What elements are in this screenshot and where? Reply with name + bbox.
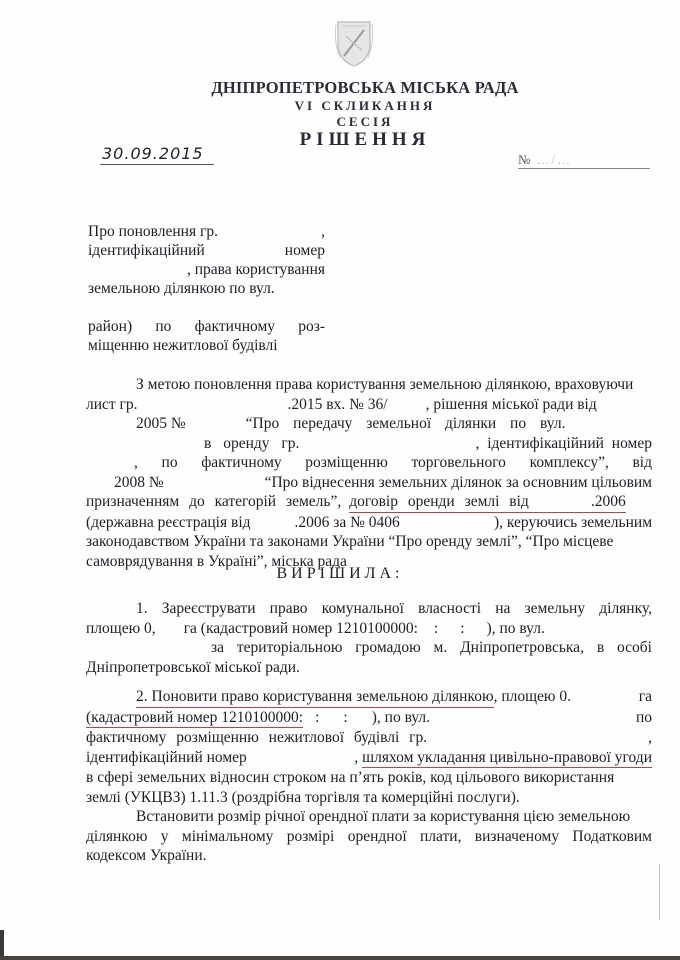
subject-line: земельною ділянкою по вул.	[88, 279, 325, 298]
decision-subject: Про поновлення гр., ідентифікаційнийноме…	[88, 222, 325, 355]
text-fragment: 2008 №	[114, 473, 164, 493]
preamble: З метою поновлення права користування зе…	[86, 375, 652, 571]
text-fragment: :	[460, 619, 464, 639]
text-line: ділянкою у мінімальному розмірі орендної…	[86, 827, 652, 847]
text-fragment: по	[636, 708, 652, 729]
text-line: кодексом України.	[86, 846, 652, 866]
text-fragment: ідентифікаційний номер	[86, 748, 247, 769]
subject-line: Про поновлення гр.	[88, 222, 218, 241]
document-type: РІШЕННЯ	[165, 129, 565, 151]
text-fragment: ), керуючись земельним	[494, 513, 652, 533]
text-fragment: га (кадастровий номер 1210100000:	[184, 619, 418, 639]
number-label: №	[518, 152, 530, 167]
text-fragment: ,	[354, 748, 358, 769]
text-line: Дніпропетровської міської ради.	[86, 658, 652, 678]
underlined-lease-agreement: договір оренди землі від.2006	[349, 492, 625, 513]
session: СЕСІЯ	[165, 114, 565, 130]
text-line: Встановити розмір річної орендної плати …	[86, 807, 652, 827]
decision-date: 30.09.2015	[100, 144, 214, 165]
scan-edge	[0, 956, 680, 960]
text-fragment: (державна реєстрація від	[86, 513, 251, 533]
text-line: за територіальною громадою м. Дніпропетр…	[86, 638, 652, 658]
item-2: 2. Поновити право користування земельною…	[86, 687, 652, 866]
text-fragment: ), по вул.	[372, 708, 430, 729]
text-fragment: .2006 за № 0406	[295, 513, 400, 533]
text-fragment: :	[315, 708, 319, 729]
text-fragment: .2015 вх. № 36/	[288, 395, 388, 415]
text-line: , по фактичному розміщенню торговельного…	[86, 453, 652, 473]
text-fragment: лист гр.	[86, 395, 138, 415]
decided-heading: ВИРІШИЛА:	[0, 565, 680, 583]
subject-line: ,	[321, 222, 325, 241]
council-name: ДНІПРОПЕТРОВСЬКА МІСЬКА РАДА	[165, 78, 565, 98]
text-line: законодавством України та законами Украї…	[86, 532, 652, 552]
subject-line: номер	[285, 241, 325, 260]
text-fragment: , площею 0.	[494, 687, 571, 708]
text-fragment: площею 0,	[86, 619, 156, 639]
document-page: ДНІПРОПЕТРОВСЬКА МІСЬКА РАДА VI СКЛИКАНН…	[0, 0, 680, 960]
decision-number: №…/…	[518, 152, 650, 169]
text-fragment: :	[343, 708, 347, 729]
subject-line: район) по фактичному роз-	[88, 317, 325, 336]
text-line: в сфері земельних відносин строком на п’…	[86, 768, 652, 788]
number-value: …/…	[536, 152, 572, 167]
text-fragment: призначенням до категорій земель”,	[86, 492, 341, 513]
text-fragment: га	[639, 687, 652, 708]
underlined-civil-agreement: шляхом укладання цивільно-правової угоди	[362, 748, 652, 769]
text-fragment: , ідентифікаційний номер	[475, 434, 652, 454]
underlined-cadastral-number: (кадастровий номер 1210100000:	[86, 708, 303, 729]
text-line: З метою поновлення права користування зе…	[86, 375, 652, 395]
text-fragment: 2005 №	[136, 414, 186, 434]
text-fragment: ,	[648, 728, 652, 748]
text-fragment: :	[434, 619, 438, 639]
text-line: 1. Зареєструвати право комунальної власн…	[86, 599, 652, 619]
coat-of-arms-icon	[332, 14, 376, 70]
text-line: землі (УКЦВЗ) 1.11.3 (роздрібна торгівля…	[86, 788, 652, 808]
text-fragment: , рішення міської ради від	[426, 395, 597, 415]
text-fragment: “Про віднесення земельних ділянок за осн…	[265, 473, 652, 493]
underlined-renew-right: 2. Поновити право користування земельною…	[136, 687, 494, 708]
text-fragment: фактичному розміщенню нежитлової будівлі…	[86, 728, 427, 748]
text-fragment: “Про передачу земельної ділянки по вул.	[246, 414, 566, 434]
convocation: VI СКЛИКАННЯ	[165, 98, 565, 114]
item-1: 1. Зареєструвати право комунальної власн…	[86, 599, 652, 677]
subject-line: міщенню нежитлової будівлі	[88, 336, 325, 355]
subject-line: , права користування	[88, 260, 325, 279]
text-fragment: ), по вул.	[487, 619, 545, 639]
text-fragment: в оренду гр.	[204, 434, 299, 454]
subject-line: ідентифікаційний	[88, 241, 205, 260]
scan-artifact	[659, 864, 660, 920]
